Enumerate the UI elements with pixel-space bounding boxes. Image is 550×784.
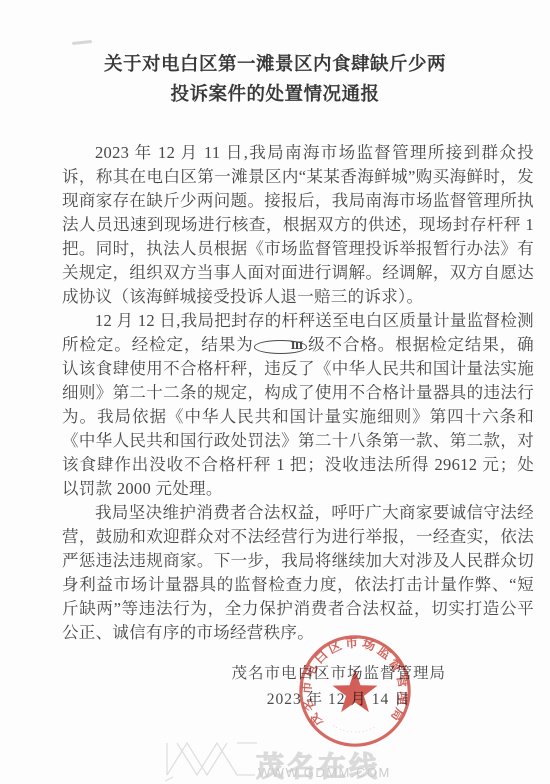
paragraph-3: 我局坚决维护消费者合法权益，呼吁广大商家要诚信守法经营，鼓励和欢迎群众对不法经营… (62, 501, 534, 645)
document-title: 关于对电白区第一滩景区内食肆缺斤少两 投诉案件的处置情况通报 (0, 0, 550, 110)
paragraph-2: 12 月 12 日,我局把封存的杆秤送至电白区质量计量监督检测所检定。经检定，结… (62, 309, 534, 501)
watermark-lattice-logo (165, 735, 257, 783)
grade-class-symbol: Ⅲ (254, 340, 308, 354)
paragraph-1: 2023 年 12 月 11 日,我局南海市场监督管理所接到群众投诉，称其在电白… (62, 141, 534, 309)
document-page: 关于对电白区第一滩景区内食肆缺斤少两 投诉案件的处置情况通报 2023 年 12… (0, 0, 550, 784)
watermark-site-url: WWW.GDMM.COM (258, 765, 391, 780)
seal-code-marks: · · · · · · · · · · · · (331, 724, 377, 735)
title-line-2: 投诉案件的处置情况通报 (0, 80, 550, 110)
seal-code-holder: · · · · · · · · · · · · (331, 724, 377, 735)
seal-star (333, 669, 378, 712)
official-red-seal: 茂名市电白区市场监督管理局 · · · · · · · · · · · · (291, 627, 419, 755)
paragraph-2-text-after: 级不合格。根据检定结果，确认该食肆使用不合格杆秤，违反了《中华人民共和国计量法实… (62, 335, 534, 498)
title-line-1: 关于对电白区第一滩景区内食肆缺斤少两 (0, 50, 550, 80)
site-watermark: 茂名在线 WWW.GDMM.COM (0, 733, 550, 784)
